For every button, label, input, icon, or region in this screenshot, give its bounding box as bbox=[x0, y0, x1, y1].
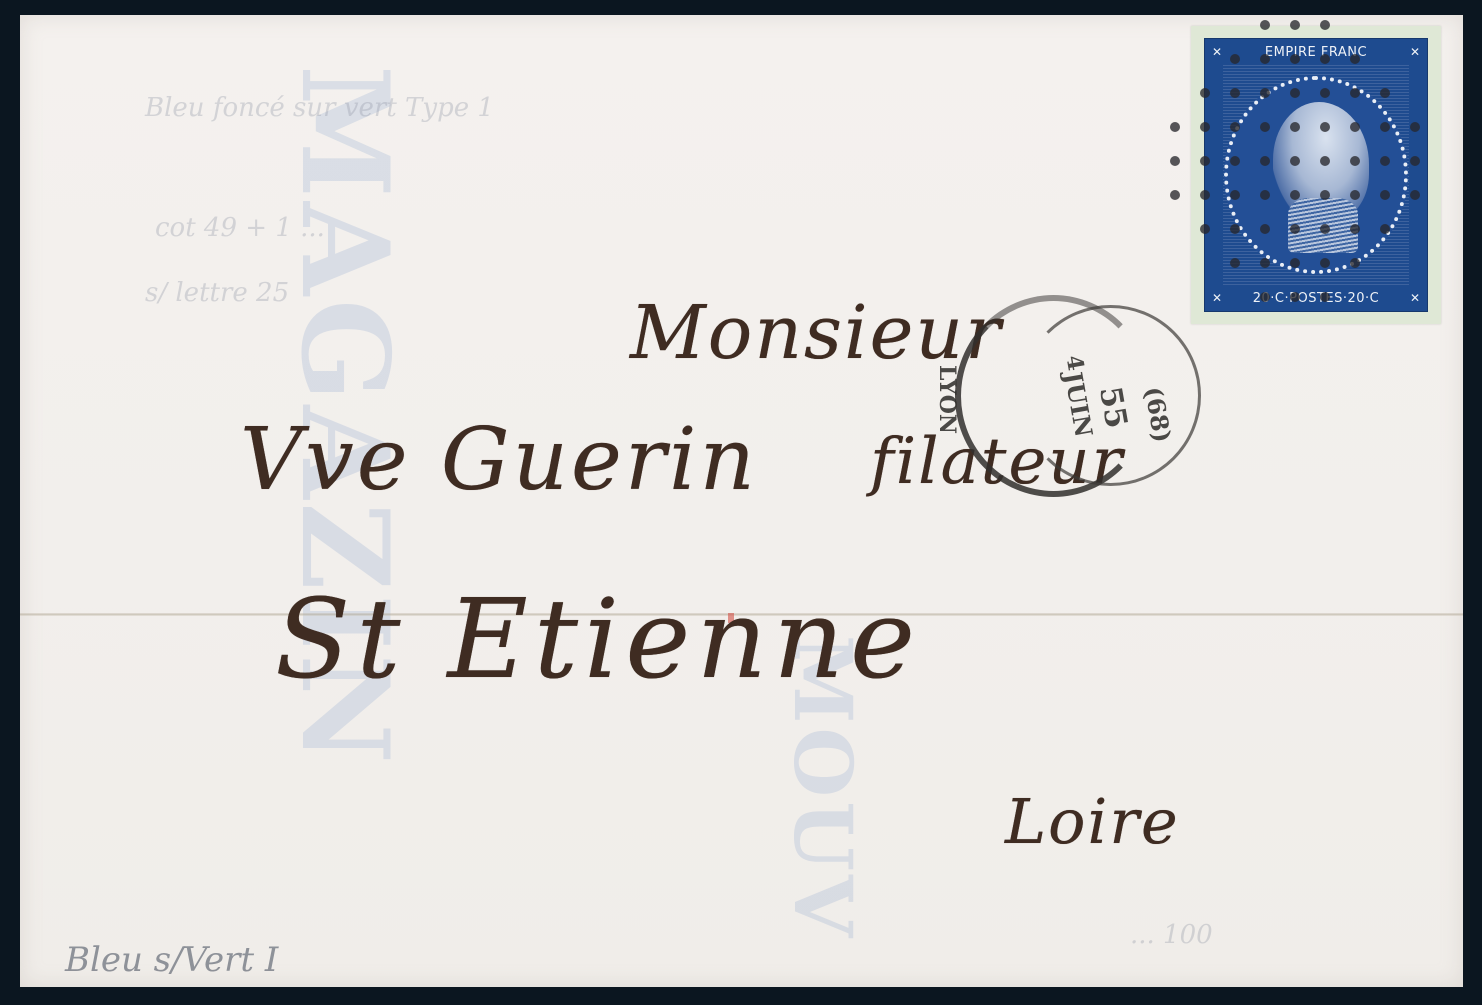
obliteration-dot bbox=[1350, 122, 1360, 132]
obliteration-dot bbox=[1290, 156, 1300, 166]
obliteration-dot bbox=[1230, 88, 1240, 98]
obliteration-dot bbox=[1170, 122, 1180, 132]
address-city: St Etienne bbox=[275, 575, 921, 703]
obliteration-dot bbox=[1290, 122, 1300, 132]
circular-date-postmark: LYON 4 JUIN 55 (68) bbox=[950, 295, 1210, 495]
postmark-year: 55 bbox=[1092, 384, 1134, 431]
obliteration-dot bbox=[1320, 224, 1330, 234]
obliteration-dot bbox=[1260, 224, 1270, 234]
obliteration-dot bbox=[1320, 258, 1330, 268]
stamp-bottom-inscription: 20·C·POSTES·20·C bbox=[1225, 291, 1407, 306]
obliteration-dot bbox=[1380, 190, 1390, 200]
obliteration-dot bbox=[1170, 190, 1180, 200]
obliteration-dot bbox=[1350, 190, 1360, 200]
obliteration-dot bbox=[1230, 122, 1240, 132]
address-addressee: Vve Guerin bbox=[240, 410, 758, 510]
obliteration-dot bbox=[1320, 292, 1330, 302]
pencil-note-top-1: Bleu foncé sur vert Type 1 bbox=[145, 93, 494, 123]
obliteration-dot bbox=[1200, 122, 1210, 132]
stamp-frame: ✕ EMPIRE FRANC ✕ ✕ 20·C·POSTES·20·C ✕ bbox=[1204, 38, 1428, 312]
obliteration-dot bbox=[1230, 54, 1240, 64]
obliteration-dot bbox=[1260, 190, 1270, 200]
stamp-top-inscription: EMPIRE FRANC bbox=[1225, 45, 1407, 60]
obliteration-dot bbox=[1260, 20, 1270, 30]
obliteration-dot bbox=[1350, 156, 1360, 166]
address-department: Loire bbox=[1005, 785, 1180, 858]
obliteration-dot bbox=[1350, 224, 1360, 234]
obliteration-dot bbox=[1320, 122, 1330, 132]
pencil-note-top-2: cot 49 + 1 ... bbox=[155, 213, 325, 243]
obliteration-dot bbox=[1320, 88, 1330, 98]
obliteration-dot bbox=[1290, 20, 1300, 30]
obliteration-dot bbox=[1230, 258, 1240, 268]
stamp-medallion bbox=[1224, 76, 1408, 274]
obliteration-dot bbox=[1200, 156, 1210, 166]
obliteration-dot bbox=[1260, 54, 1270, 64]
obliteration-dot bbox=[1320, 190, 1330, 200]
address-salutation: Monsieur bbox=[630, 290, 1002, 376]
stamp-bottom-band: ✕ 20·C·POSTES·20·C ✕ bbox=[1205, 287, 1427, 309]
obliteration-dot bbox=[1410, 156, 1420, 166]
corner-ornament-icon: ✕ bbox=[1209, 291, 1225, 305]
obliteration-dot bbox=[1350, 88, 1360, 98]
obliteration-dot bbox=[1350, 54, 1360, 64]
obliteration-dot bbox=[1170, 156, 1180, 166]
obliteration-dot bbox=[1200, 190, 1210, 200]
obliteration-dot bbox=[1380, 224, 1390, 234]
obliteration-dot bbox=[1230, 190, 1240, 200]
obliteration-dot bbox=[1260, 292, 1270, 302]
corner-ornament-icon: ✕ bbox=[1407, 45, 1423, 59]
obliteration-dot bbox=[1290, 292, 1300, 302]
obliteration-dot bbox=[1260, 258, 1270, 268]
obliteration-dot bbox=[1290, 190, 1300, 200]
obliteration-dot bbox=[1230, 156, 1240, 166]
obliteration-dot bbox=[1290, 224, 1300, 234]
obliteration-dot bbox=[1260, 156, 1270, 166]
postage-stamp: ✕ EMPIRE FRANC ✕ ✕ 20·C·POSTES·20·C ✕ bbox=[1191, 26, 1441, 324]
obliteration-dot bbox=[1350, 258, 1360, 268]
obliteration-dot bbox=[1410, 122, 1420, 132]
obliteration-dot bbox=[1380, 122, 1390, 132]
pencil-note-bottom-left: Bleu s/Vert I bbox=[65, 940, 278, 980]
obliteration-dot bbox=[1260, 88, 1270, 98]
obliteration-dot bbox=[1320, 54, 1330, 64]
corner-ornament-icon: ✕ bbox=[1209, 45, 1225, 59]
obliteration-dot bbox=[1200, 224, 1210, 234]
postmark-city: LYON bbox=[934, 365, 960, 434]
obliteration-dot bbox=[1230, 224, 1240, 234]
obliteration-dot bbox=[1290, 258, 1300, 268]
obliteration-dot bbox=[1380, 88, 1390, 98]
obliteration-dot bbox=[1200, 88, 1210, 98]
obliteration-dot bbox=[1320, 156, 1330, 166]
stamp-center-panel bbox=[1223, 65, 1409, 285]
obliteration-dot bbox=[1290, 54, 1300, 64]
pencil-note-bottom-right: ... 100 bbox=[1130, 920, 1213, 950]
obliteration-dot bbox=[1320, 20, 1330, 30]
corner-ornament-icon: ✕ bbox=[1407, 291, 1423, 305]
pencil-note-top-3: s/ lettre 25 bbox=[145, 278, 289, 308]
obliteration-dot bbox=[1260, 122, 1270, 132]
obliteration-dot bbox=[1410, 190, 1420, 200]
obliteration-dot bbox=[1380, 156, 1390, 166]
obliteration-dot bbox=[1290, 88, 1300, 98]
